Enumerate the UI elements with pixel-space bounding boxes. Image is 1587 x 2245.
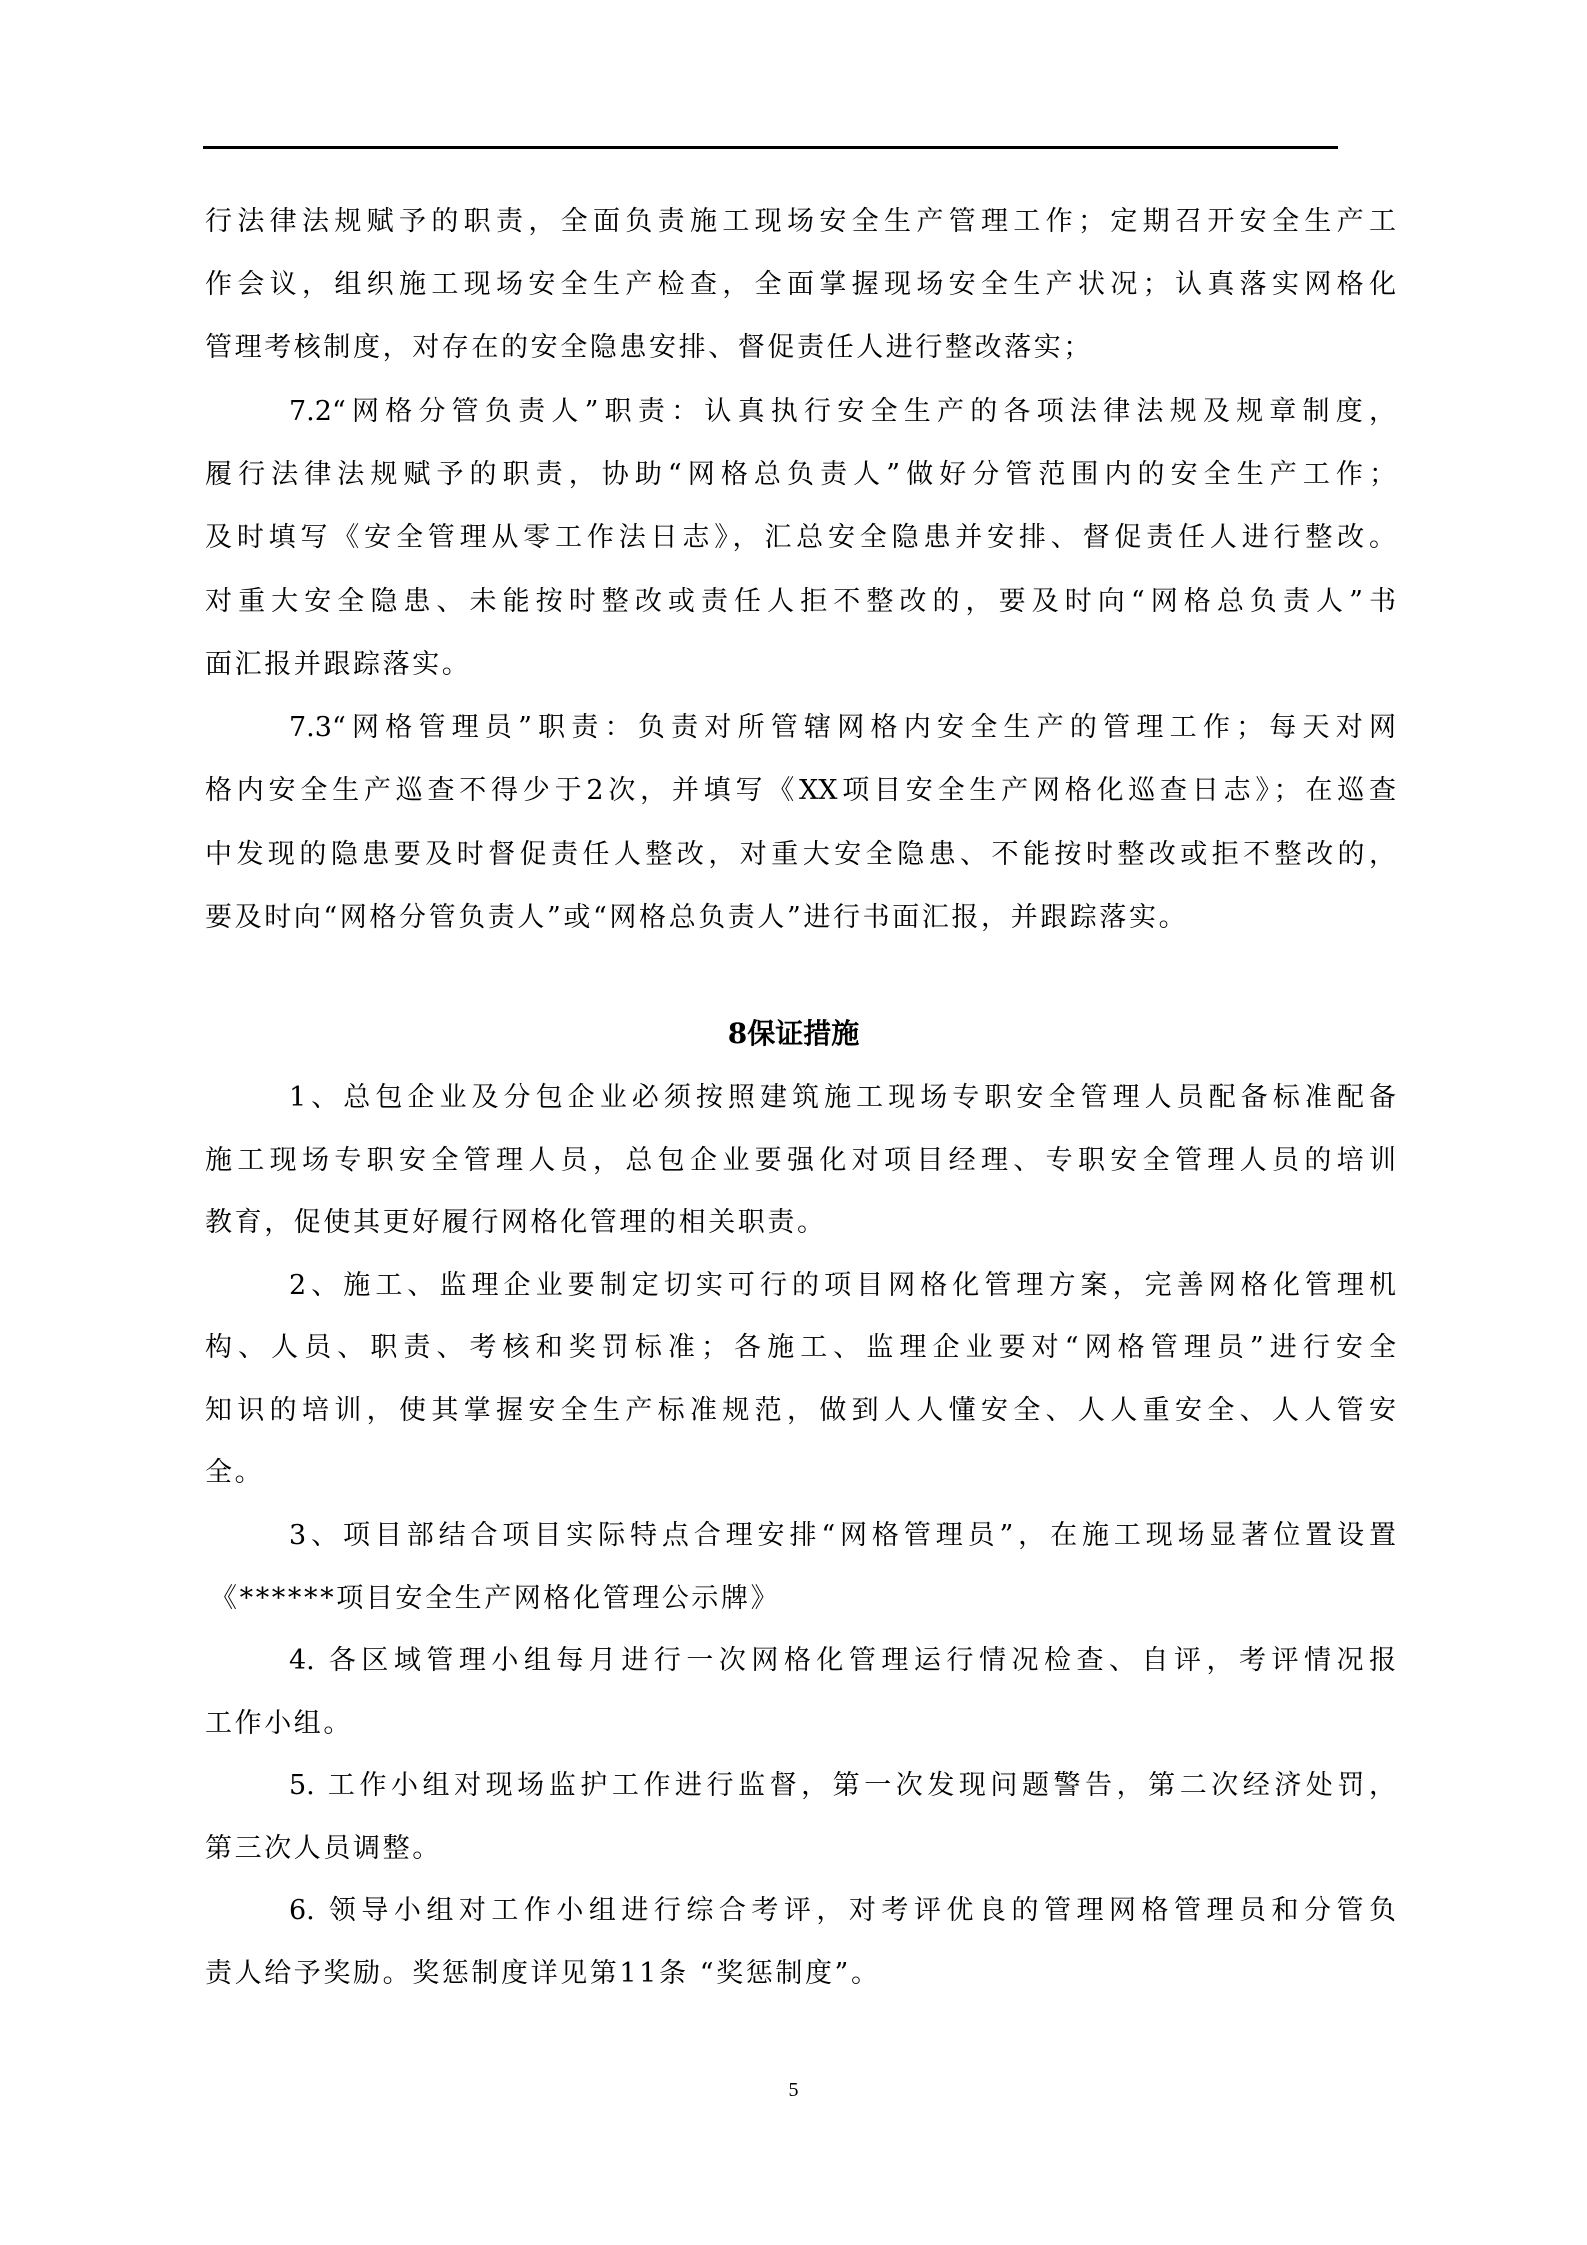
header-rule bbox=[203, 146, 1338, 149]
text-line: 施工现场专职安全管理人员，总包企业要强化对项目经理、专职安全管理人员的培训 bbox=[205, 1141, 1396, 1181]
section-heading: 8保证措施 bbox=[0, 1014, 1587, 1054]
text-line: 全。 bbox=[205, 1453, 1396, 1493]
text-line: 管理考核制度，对存在的安全隐患安排、督促责任人进行整改落实； bbox=[205, 328, 1396, 368]
text-line: 教育，促使其更好履行网格化管理的相关职责。 bbox=[205, 1203, 1396, 1243]
text-line: 知识的培训，使其掌握安全生产标准规范，做到人人懂安全、人人重安全、人人管安 bbox=[205, 1391, 1396, 1431]
text-line: 工作小组。 bbox=[205, 1704, 1396, 1744]
text-line: 责人给予奖励。奖惩制度详见第11条 “奖惩制度”。 bbox=[205, 1954, 1396, 1994]
text-line: 作会议，组织施工现场安全生产检查，全面掌握现场安全生产状况；认真落实网格化 bbox=[205, 265, 1396, 305]
text-line: 对重大安全隐患、未能按时整改或责任人拒不整改的，要及时向“网格总负责人”书 bbox=[205, 582, 1396, 622]
text-line: 履行法律法规赋予的职责，协助“网格总负责人”做好分管范围内的安全生产工作； bbox=[205, 455, 1396, 495]
text-line: 7.2“网格分管负责人”职责：认真执行安全生产的各项法律法规及规章制度， bbox=[289, 392, 1396, 432]
text-line: 构、人员、职责、考核和奖罚标准；各施工、监理企业要对“网格管理员”进行安全 bbox=[205, 1328, 1396, 1368]
text-line: 2、施工、监理企业要制定切实可行的项目网格化管理方案，完善网格化管理机 bbox=[289, 1266, 1396, 1306]
text-line: 行法律法规赋予的职责，全面负责施工现场安全生产管理工作；定期召开安全生产工 bbox=[205, 202, 1396, 242]
text-line: 格内安全生产巡查不得少于2次，并填写《XX项目安全生产网格化巡查日志》；在巡查 bbox=[205, 771, 1396, 811]
text-line: 5. 工作小组对现场监护工作进行监督，第一次发现问题警告，第二次经济处罚， bbox=[289, 1766, 1396, 1806]
page-number: 5 bbox=[0, 2078, 1587, 2102]
text-line: 《******项目安全生产网格化管理公示牌》 bbox=[210, 1579, 1401, 1619]
text-line: 第三次人员调整。 bbox=[205, 1829, 1396, 1869]
text-line: 要及时向“网格分管负责人”或“网格总负责人”进行书面汇报，并跟踪落实。 bbox=[205, 898, 1396, 938]
text-line: 6. 领导小组对工作小组进行综合考评，对考评优良的管理网格管理员和分管负 bbox=[289, 1891, 1396, 1931]
text-line: 1、总包企业及分包企业必须按照建筑施工现场专职安全管理人员配备标准配备 bbox=[289, 1078, 1396, 1118]
text-line: 7.3“网格管理员”职责：负责对所管辖网格内安全生产的管理工作；每天对网 bbox=[289, 708, 1396, 748]
text-line: 3、项目部结合项目实际特点合理安排“网格管理员”，在施工现场显著位置设置 bbox=[289, 1516, 1396, 1556]
text-line: 及时填写《安全管理从零工作法日志》，汇总安全隐患并安排、督促责任人进行整改。 bbox=[205, 518, 1396, 558]
text-line: 中发现的隐患要及时督促责任人整改，对重大安全隐患、不能按时整改或拒不整改的， bbox=[205, 835, 1396, 875]
text-line: 面汇报并跟踪落实。 bbox=[205, 645, 1396, 685]
text-line: 4. 各区域管理小组每月进行一次网格化管理运行情况检查、自评，考评情况报 bbox=[289, 1641, 1396, 1681]
